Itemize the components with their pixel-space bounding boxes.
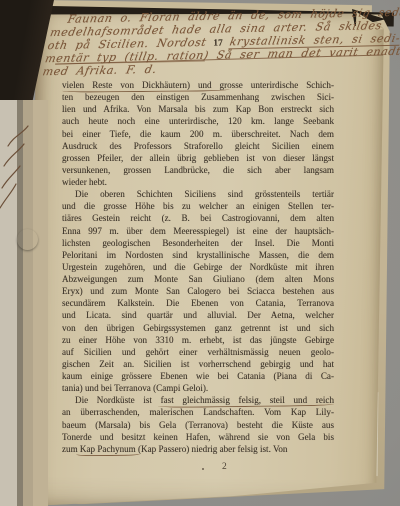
text-line: Tonerde und besitzt keinen Hafen, währen… <box>62 431 334 443</box>
text-line: bei einer Tiefe, die kaum 200 m. übersch… <box>62 128 334 140</box>
text-line: Enna 997 m. über dem Meeresspiegel) ist … <box>62 225 334 237</box>
text-line: grossen Pfeiler, der allein übrig geblie… <box>62 152 334 164</box>
binder-grommet <box>17 229 38 250</box>
text-line: ten bezeugen den einstigen Zusammenhang … <box>62 91 334 103</box>
text-line: Eryx) und zum Monte San Calogero bei Sci… <box>62 285 334 297</box>
text-line: an überraschenden, malerischen Landschaf… <box>62 406 334 418</box>
paragraph: vielen Reste von Dickhäutern) und grosse… <box>62 79 334 188</box>
text-line: tania) und bei Terranova (Campi Geloi). <box>62 382 334 394</box>
text-line: tiäres Gestein reicht (z. B. bei Castrog… <box>62 212 334 224</box>
text-line: auf Sicilien und gehört einer verhältnis… <box>62 346 334 358</box>
text-line: gischen Zeit an. Sicilien ist vorherrsch… <box>62 358 334 370</box>
text-line: Urgestein zugehören, und die Gebirge der… <box>62 261 334 273</box>
text-line: von den übrigen Gebirgssystemen ganz get… <box>62 322 334 334</box>
text-line: lichsten geologischen Besonderheiten der… <box>62 237 334 249</box>
text-line: lien und Afrika. Von Marsala bis zum Kap… <box>62 103 334 115</box>
text-line: und die grosse Höhe bis zu welcher an ei… <box>62 200 334 212</box>
text-line: wieder hebt. <box>62 176 334 188</box>
text-line: secundärem Kalkstein. Die Ebenen von Cat… <box>62 297 334 309</box>
margin-scribble <box>0 122 36 218</box>
text-line: Die oberen Schichten Siciliens sind grös… <box>62 188 334 200</box>
text-line: kaum einige grössere Ebenen wie bei Cata… <box>62 370 334 382</box>
page-number: 17 <box>213 37 223 50</box>
ink-speck <box>202 468 204 470</box>
book-page-photo: Faunan o. Floran äldre än de, som höjde … <box>0 0 400 506</box>
text-line: auch heute noch eine unterirdische, 120 … <box>62 115 334 127</box>
pen-underline <box>76 452 140 457</box>
text-line: Peloritani im Nordosten sind krystallini… <box>62 249 334 261</box>
text-line: versunkenen, grossen Landbrücke, die sic… <box>62 164 334 176</box>
signature-mark: 2 <box>222 462 227 472</box>
handwritten-annotation: Faunan o. Floran äldre än de, som höjde … <box>42 6 394 78</box>
text-line: und Licata. sind quartär und alluvial. D… <box>62 309 334 321</box>
text-line: Ausdruck des Professors Straforello glei… <box>62 140 334 152</box>
text-line: baeum (Marsala) bis Gela (Terranova) bes… <box>62 419 334 431</box>
printed-text: vielen Reste von Dickhäutern) und grosse… <box>62 79 334 455</box>
text-line: zu einer Höhe von 3310 m. erhebt, ist da… <box>62 334 334 346</box>
paragraph: Die oberen Schichten Siciliens sind grös… <box>62 188 334 394</box>
text-line: Abzweigungen zum Monte San Giuliano (dem… <box>62 273 334 285</box>
